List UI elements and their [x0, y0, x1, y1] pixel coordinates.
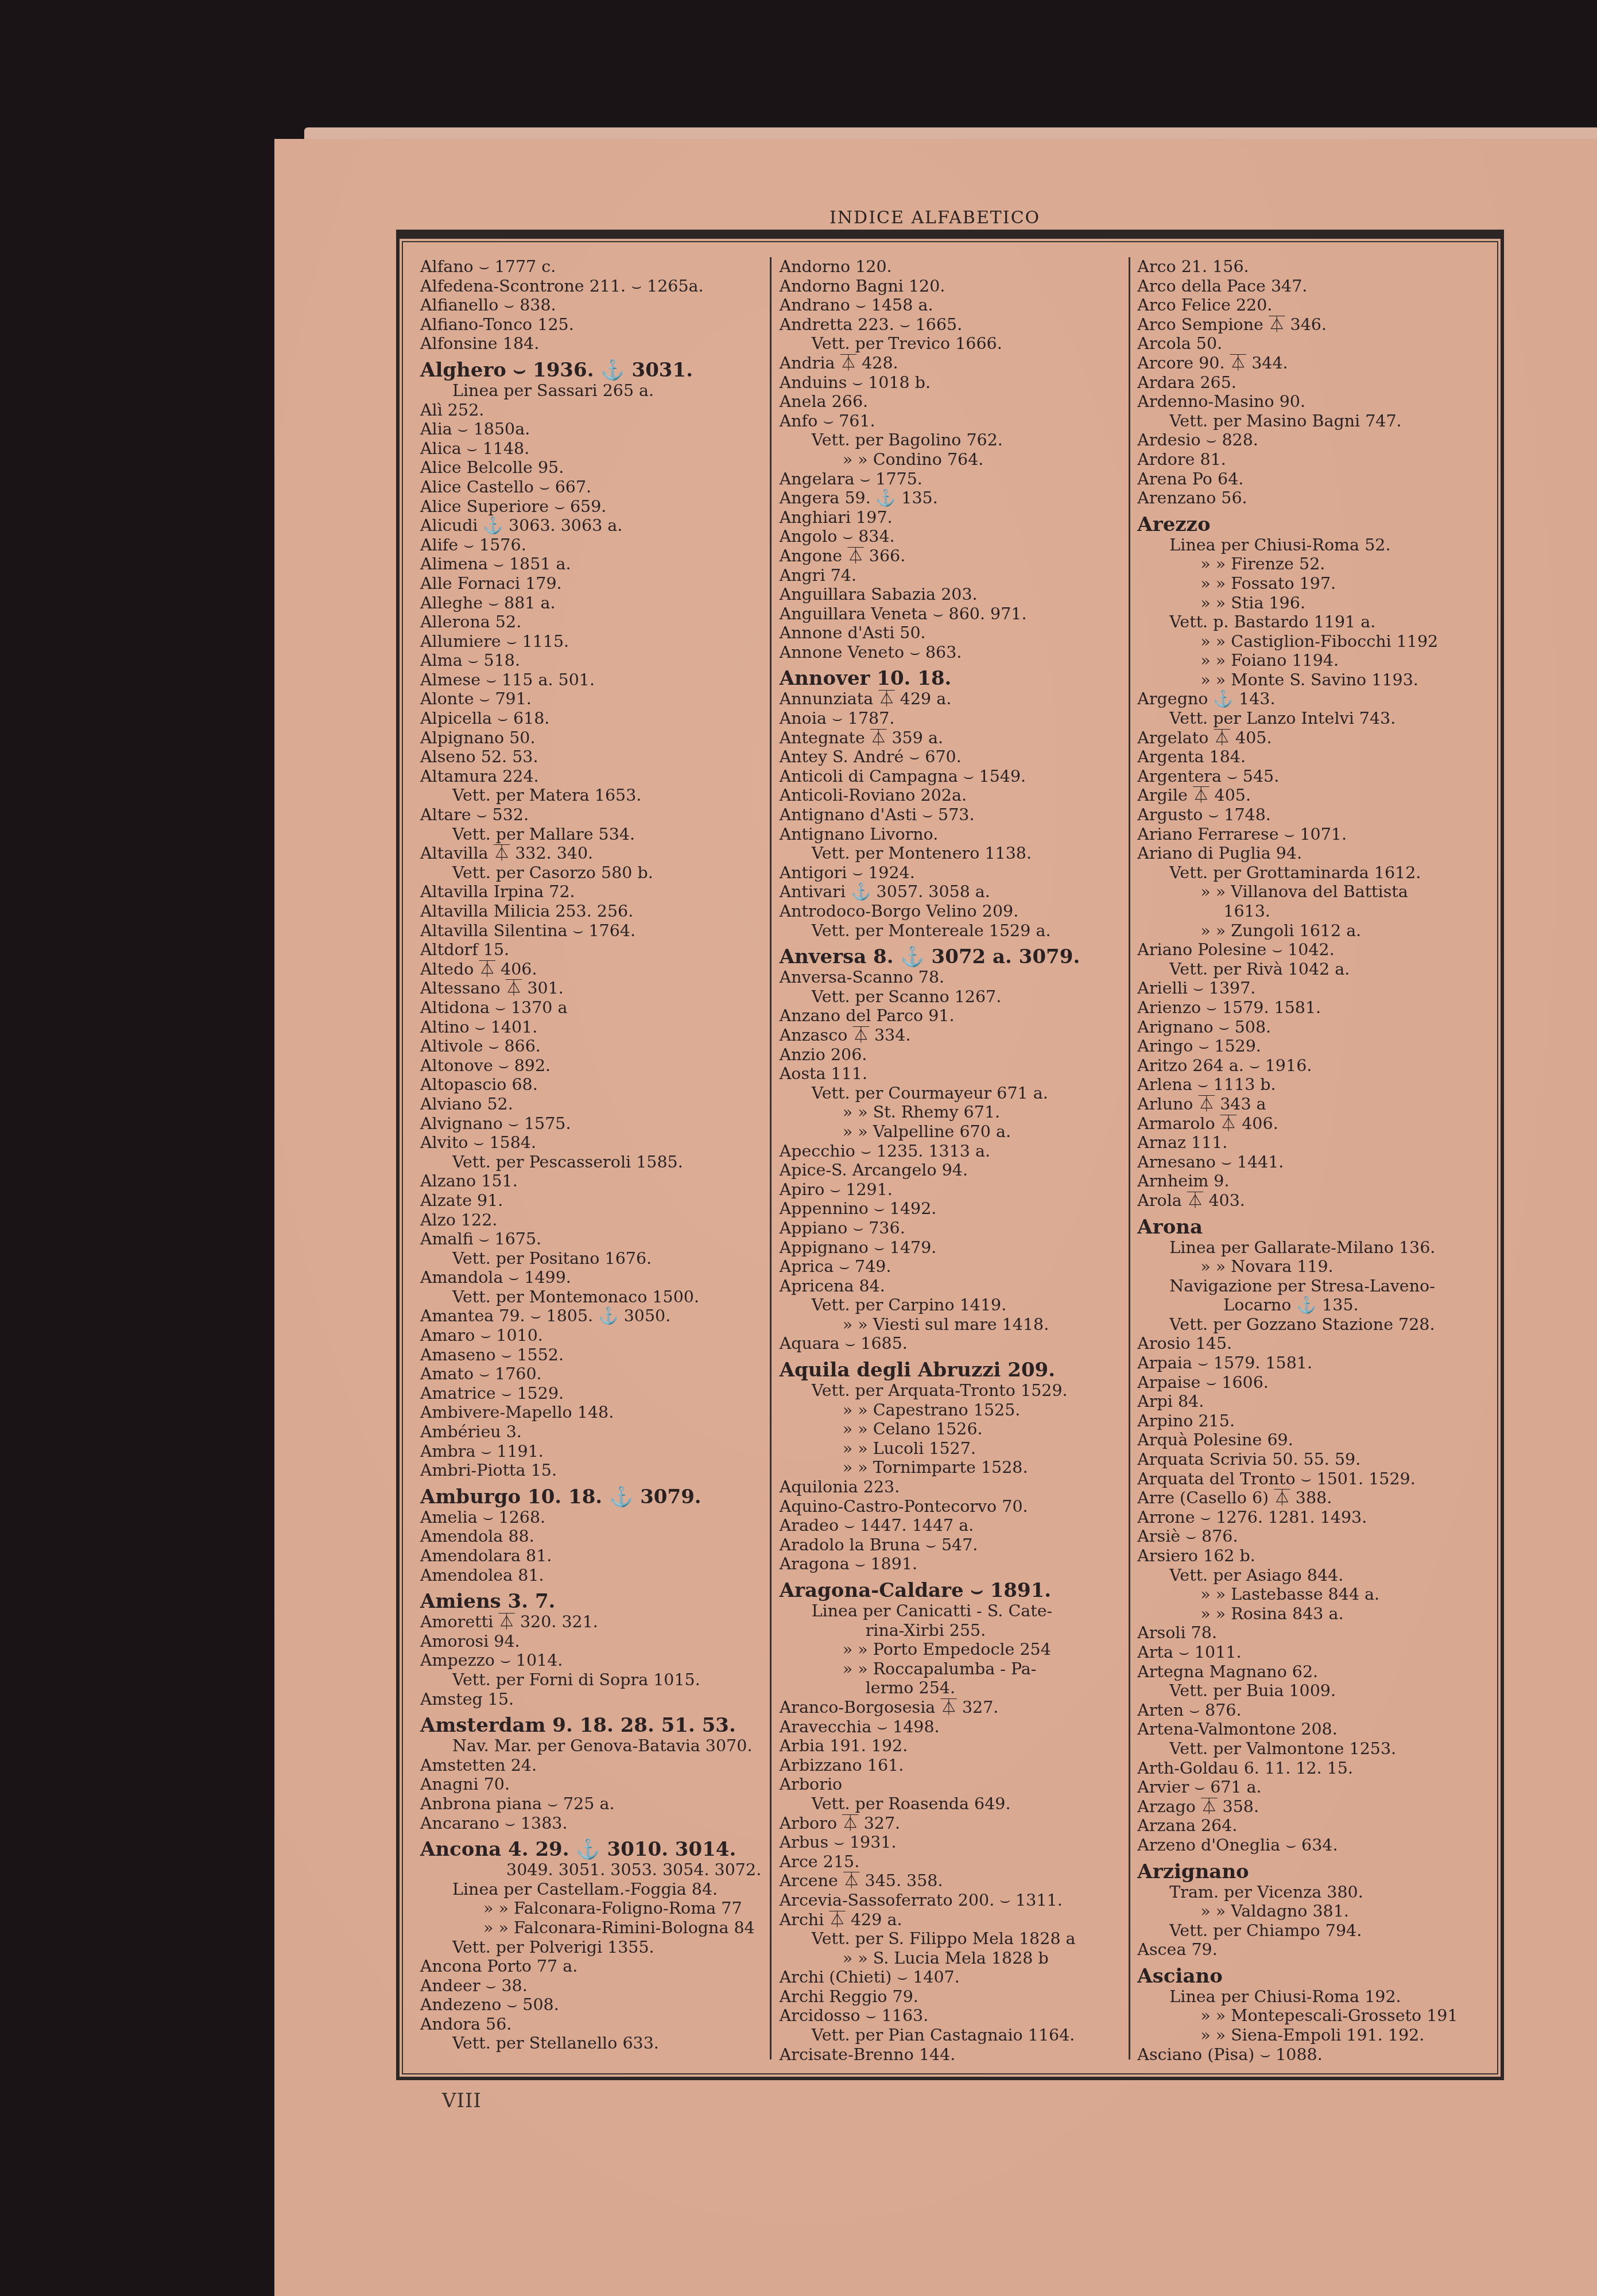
index-entry: Altivole ⌣ 866.	[420, 1037, 763, 1056]
index-entry: Alviano 52.	[420, 1095, 763, 1114]
index-entry: Arlena ⌣ 1113 b.	[1137, 1075, 1480, 1095]
index-entry: Arienzo ⌣ 1579. 1581.	[1137, 998, 1480, 1018]
index-entry: Argenta 184.	[1137, 747, 1480, 767]
index-entry: Arnaz 111.	[1137, 1133, 1480, 1153]
index-entry: Alseno 52. 53.	[420, 747, 763, 767]
index-entry: Alvito ⌣ 1584.	[420, 1133, 763, 1153]
index-entry: Andretta 223. ⌣ 1665.	[780, 315, 1122, 335]
index-entry: Asciano (Pisa) ⌣ 1088.	[1137, 2045, 1480, 2065]
index-entry: Altopascio 68.	[420, 1075, 763, 1095]
index-entry: Altedo ⏄ 406.	[420, 960, 763, 979]
index-entry: Angri 74.	[780, 566, 1122, 585]
index-entry: Arpaise ⌣ 1606.	[1137, 1373, 1480, 1393]
index-entry: » » Porto Empedocle 254	[780, 1640, 1122, 1659]
index-entry: Alice Castello ⌣ 667.	[420, 478, 763, 497]
index-entry: Ariano Polesine ⌣ 1042.	[1137, 940, 1480, 960]
index-entry: 3049. 3051. 3053. 3054. 3072.	[420, 1860, 763, 1880]
index-entry: Alpicella ⌣ 618.	[420, 709, 763, 728]
index-entry: Anguillara Veneta ⌣ 860. 971.	[780, 604, 1122, 624]
index-entry: Ambérieu 3.	[420, 1422, 763, 1442]
index-heading: Amburgo 10. 18. ⚓ 3079.	[420, 1486, 763, 1508]
index-entry: Ascea 79.	[1137, 1940, 1480, 1960]
index-entry: Amendola 88.	[420, 1527, 763, 1546]
index-entry: Arbus ⌣ 1931.	[780, 1833, 1122, 1852]
index-entry: Arsiero 162 b.	[1137, 1546, 1480, 1566]
frame-top-rule	[396, 230, 1504, 235]
index-entry: Aravecchia ⌣ 1498.	[780, 1717, 1122, 1737]
index-entry: Anela 266.	[780, 392, 1122, 412]
index-entry: » » Firenze 52.	[1137, 554, 1480, 574]
index-entry: Amendolara 81.	[420, 1546, 763, 1566]
index-entry: Aquara ⌣ 1685.	[780, 1334, 1122, 1353]
index-entry: Arco della Pace 347.	[1137, 277, 1480, 296]
index-heading: Amiens 3. 7.	[420, 1591, 763, 1612]
index-entry: Vett. per Matera 1653.	[420, 786, 763, 805]
index-entry: Alle Fornaci 179.	[420, 574, 763, 594]
index-entry: Amelia ⌣ 1268.	[420, 1508, 763, 1527]
index-entry: » » Tornimparte 1528.	[780, 1458, 1122, 1477]
index-entry: Vett. per Masino Bagni 747.	[1137, 412, 1480, 431]
index-entry: Argentera ⌣ 545.	[1137, 767, 1480, 786]
index-entry: Antignano d'Asti ⌣ 573.	[780, 805, 1122, 825]
index-entry: Anoia ⌣ 1787.	[780, 709, 1122, 728]
index-entry: Ampezzo ⌣ 1014.	[420, 1651, 763, 1670]
index-entry: Vett. per Stellanello 633.	[420, 2034, 763, 2053]
index-entry: Amalfi ⌣ 1675.	[420, 1230, 763, 1249]
index-entry: Altonove ⌣ 892.	[420, 1056, 763, 1076]
index-entry: Ambri-Piotta 15.	[420, 1461, 763, 1480]
index-entry: » » Viesti sul mare 1418.	[780, 1315, 1122, 1335]
index-entry: Apiro ⌣ 1291.	[780, 1180, 1122, 1200]
index-entry: Arena Po 64.	[1137, 470, 1480, 489]
index-entry: Vett. per Courmayeur 671 a.	[780, 1084, 1122, 1103]
index-entry: Linea per Chiusi-Roma 192.	[1137, 1987, 1480, 2007]
index-entry: Aprica ⌣ 749.	[780, 1257, 1122, 1277]
index-heading: Asciano	[1137, 1965, 1480, 1987]
index-entry: Argile ⏄ 405.	[1137, 786, 1480, 805]
index-entry: » » Novara 119.	[1137, 1257, 1480, 1277]
index-entry: Altavilla ⏄ 332. 340.	[420, 844, 763, 863]
index-entry: Arquà Polesine 69.	[1137, 1430, 1480, 1450]
index-entry: Anticoli-Roviano 202a.	[780, 786, 1122, 805]
index-entry: Alife ⌣ 1576.	[420, 536, 763, 555]
index-entry: Vett. per Positano 1676.	[420, 1249, 763, 1269]
index-entry: Annunziata ⏄ 429 a.	[780, 689, 1122, 709]
index-entry: Arquata del Tronto ⌣ 1501. 1529.	[1137, 1469, 1480, 1489]
index-entry: Aragona ⌣ 1891.	[780, 1554, 1122, 1574]
index-entry: Aquilonia 223.	[780, 1477, 1122, 1497]
index-entry: Andeer ⌣ 38.	[420, 1976, 763, 1996]
index-entry: Vett. per Montemonaco 1500.	[420, 1287, 763, 1307]
index-entry: Antegnate ⏄ 359 a.	[780, 728, 1122, 748]
index-entry: Vett. per Carpino 1419.	[780, 1296, 1122, 1315]
index-entry: Vett. per Pian Castagnaio 1164.	[780, 2026, 1122, 2045]
index-entry: Ardesio ⌣ 828.	[1137, 430, 1480, 450]
index-heading: Ancona 4. 29. ⚓ 3010. 3014.	[420, 1839, 763, 1860]
index-entry: Alzano 151.	[420, 1172, 763, 1191]
index-entry: Ardore 81.	[1137, 450, 1480, 470]
index-entry: Arten ⌣ 876.	[1137, 1701, 1480, 1720]
index-entry: Arosio 145.	[1137, 1334, 1480, 1353]
index-entry: Altare ⌣ 532.	[420, 805, 763, 825]
index-entry: Andria ⏄ 428.	[780, 354, 1122, 373]
index-entry: Anzano del Parco 91.	[780, 1006, 1122, 1026]
index-entry: Arco 21. 156.	[1137, 257, 1480, 277]
index-entry: » » Villanova del Battista	[1137, 882, 1480, 902]
index-entry: Vett. per Scanno 1267.	[780, 987, 1122, 1007]
index-entry: Linea per Sassari 265 a.	[420, 381, 763, 401]
index-entry: Vett. per Bagolino 762.	[780, 430, 1122, 450]
index-entry: Alice Superiore ⌣ 659.	[420, 497, 763, 517]
index-entry: Arbia 191. 192.	[780, 1736, 1122, 1756]
index-entry: Argusto ⌣ 1748.	[1137, 805, 1480, 825]
index-entry: Aranco-Borgosesia ⏄ 327.	[780, 1698, 1122, 1717]
index-heading: Anversa 8. ⚓ 3072 a. 3079.	[780, 946, 1122, 968]
index-entry: Altessano ⏄ 301.	[420, 979, 763, 998]
index-entry: Ariano Ferrarese ⌣ 1071.	[1137, 825, 1480, 844]
index-entry: » » Falconara-Rimini-Bologna 84	[420, 1918, 763, 1938]
index-entry: Aradolo la Bruna ⌣ 547.	[780, 1535, 1122, 1555]
index-entry: Arce 215.	[780, 1852, 1122, 1872]
index-entry: Angera 59. ⚓ 135.	[780, 488, 1122, 508]
index-entry: rina-Xirbi 255.	[780, 1621, 1122, 1640]
index-entry: Anghiari 197.	[780, 508, 1122, 528]
index-entry: Argegno ⚓ 143.	[1137, 689, 1480, 709]
index-entry: » » Lastebasse 844 a.	[1137, 1585, 1480, 1604]
index-entry: Vett. per Chiampo 794.	[1137, 1921, 1480, 1941]
index-entry: Amandola ⌣ 1499.	[420, 1268, 763, 1287]
index-entry: Antigori ⌣ 1924.	[780, 863, 1122, 883]
index-entry: Aradeo ⌣ 1447. 1447 a.	[780, 1516, 1122, 1535]
index-entry: Andezeno ⌣ 508.	[420, 1995, 763, 2015]
index-entry: Anfo ⌣ 761.	[780, 412, 1122, 431]
index-entry: Anzio 206.	[780, 1045, 1122, 1065]
index-entry: Alfedena-Scontrone 211. ⌣ 1265a.	[420, 277, 763, 296]
index-entry: Alicudi ⚓ 3063. 3063 a.	[420, 516, 763, 536]
index-entry: Linea per Chiusi-Roma 52.	[1137, 536, 1480, 555]
index-entry: » » Celano 1526.	[780, 1420, 1122, 1439]
index-columns: Alfano ⌣ 1777 c.Alfedena-Scontrone 211. …	[413, 257, 1487, 2060]
index-entry: Anversa-Scanno 78.	[780, 968, 1122, 987]
index-entry: Ariano di Puglia 94.	[1137, 844, 1480, 863]
index-entry: Ancarano ⌣ 1383.	[420, 1814, 763, 1833]
index-entry: Arcore 90. ⏄ 344.	[1137, 354, 1480, 373]
index-entry: Locarno ⚓ 135.	[1137, 1296, 1480, 1315]
index-entry: Vett. per Roasenda 649.	[780, 1794, 1122, 1814]
index-entry: Altavilla Milicia 253. 256.	[420, 902, 763, 921]
index-entry: Archi (Chieti) ⌣ 1407.	[780, 1968, 1122, 1987]
index-column-3: Arco 21. 156.Arco della Pace 347.Arco Fe…	[1129, 257, 1487, 2060]
index-heading: Arezzo	[1137, 514, 1480, 536]
index-heading: Alghero ⌣ 1936. ⚓ 3031.	[420, 359, 763, 381]
index-entry: Altidona ⌣ 1370 a	[420, 998, 763, 1018]
index-entry: Armarolo ⏄ 406.	[1137, 1114, 1480, 1134]
index-entry: Almese ⌣ 115 a. 501.	[420, 670, 763, 690]
index-entry: » » Capestrano 1525.	[780, 1401, 1122, 1420]
index-entry: Linea per Castellam.-Foggia 84.	[420, 1880, 763, 1899]
index-entry: Linea per Gallarate-Milano 136.	[1137, 1238, 1480, 1258]
index-entry: » » Valdagno 381.	[1137, 1902, 1480, 1921]
index-entry: » » Roccapalumba - Pa-	[780, 1659, 1122, 1679]
index-entry: Amstetten 24.	[420, 1756, 763, 1775]
index-entry: Vett. per Polverigi 1355.	[420, 1938, 763, 1957]
index-entry: Ambra ⌣ 1191.	[420, 1442, 763, 1461]
index-entry: Antivari ⚓ 3057. 3058 a.	[780, 882, 1122, 902]
index-entry: » » Rosina 843 a.	[1137, 1604, 1480, 1624]
index-column-2: Andorno 120.Andorno Bagni 120.Andrano ⌣ …	[770, 257, 1129, 2060]
index-heading: Arzignano	[1137, 1861, 1480, 1883]
page-number: VIII	[442, 2089, 482, 2112]
index-column-1: Alfano ⌣ 1777 c.Alfedena-Scontrone 211. …	[413, 257, 770, 2060]
index-entry: » » Monte S. Savino 1193.	[1137, 670, 1480, 690]
index-entry: Altavilla Irpina 72.	[420, 882, 763, 902]
index-entry: Allerona 52.	[420, 612, 763, 632]
index-entry: » » St. Rhemy 671.	[780, 1103, 1122, 1122]
index-entry: Arth-Goldau 6. 11. 12. 15.	[1137, 1759, 1480, 1778]
index-entry: lermo 254.	[780, 1678, 1122, 1698]
index-entry: Altdorf 15.	[420, 940, 763, 960]
index-entry: Vett. per Arquata-Tronto 1529.	[780, 1381, 1122, 1401]
index-entry: Ardenno-Masino 90.	[1137, 392, 1480, 412]
index-entry: » » Valpelline 670 a.	[780, 1122, 1122, 1142]
index-heading: Arona	[1137, 1216, 1480, 1238]
index-entry: Vett. per Pescasseroli 1585.	[420, 1153, 763, 1172]
index-entry: Alì 252.	[420, 401, 763, 420]
index-entry: Arco Sempione ⏄ 346.	[1137, 315, 1480, 335]
index-entry: » » Zungoli 1612 a.	[1137, 921, 1480, 941]
index-entry: Alvignano ⌣ 1575.	[420, 1114, 763, 1134]
index-entry: Arcisate-Brenno 144.	[780, 2045, 1122, 2065]
index-entry: Arzana 264.	[1137, 1816, 1480, 1836]
index-entry: Aquino-Castro-Pontecorvo 70.	[780, 1497, 1122, 1517]
index-entry: Vett. per Montenero 1138.	[780, 844, 1122, 863]
index-entry: Linea per Canicatti - S. Cate-	[780, 1601, 1122, 1621]
index-entry: Arcola 50.	[1137, 334, 1480, 354]
index-entry: Arenzano 56.	[1137, 488, 1480, 508]
index-entry: Arborio	[780, 1775, 1122, 1794]
index-entry: Arquata Scrivia 50. 55. 59.	[1137, 1450, 1480, 1469]
index-entry: Artena-Valmontone 208.	[1137, 1720, 1480, 1739]
index-entry: Anbrona piana ⌣ 725 a.	[420, 1794, 763, 1814]
index-entry: Angolo ⌣ 834.	[780, 527, 1122, 546]
index-entry: Navigazione per Stresa-Laveno-	[1137, 1277, 1480, 1296]
index-entry: Arzeno d'Oneglia ⌣ 634.	[1137, 1836, 1480, 1855]
index-entry: » » S. Lucia Mela 1828 b	[780, 1949, 1122, 1968]
index-entry: Apricena 84.	[780, 1277, 1122, 1296]
index-entry: Arola ⏄ 403.	[1137, 1191, 1480, 1211]
index-entry: Alfianello ⌣ 838.	[420, 296, 763, 315]
index-entry: Vett. per Montereale 1529 a.	[780, 921, 1122, 941]
index-entry: Apice-S. Arcangelo 94.	[780, 1161, 1122, 1180]
index-entry: Vett. per Lanzo Intelvi 743.	[1137, 709, 1480, 728]
index-entry: Arnheim 9.	[1137, 1172, 1480, 1191]
index-entry: Arta ⌣ 1011.	[1137, 1643, 1480, 1662]
index-entry: Ambivere-Mapello 148.	[420, 1403, 763, 1422]
index-entry: Vett. per Casorzo 580 b.	[420, 863, 763, 883]
index-entry: Arre (Casello 6) ⏄ 388.	[1137, 1488, 1480, 1508]
index-entry: Argelato ⏄ 405.	[1137, 728, 1480, 748]
index-entry: Vett. per S. Filippo Mela 1828 a	[780, 1929, 1122, 1949]
index-entry: Ardara 265.	[1137, 373, 1480, 393]
index-entry: Antrodoco-Borgo Velino 209.	[780, 902, 1122, 921]
index-entry: Alia ⌣ 1850a.	[420, 420, 763, 439]
index-entry: Amaro ⌣ 1010.	[420, 1326, 763, 1345]
index-entry: Alma ⌣ 518.	[420, 651, 763, 670]
index-entry: Vett. per Gozzano Stazione 728.	[1137, 1315, 1480, 1335]
index-entry: Allumiere ⌣ 1115.	[420, 632, 763, 651]
index-entry: Anduins ⌣ 1018 b.	[780, 373, 1122, 393]
index-entry: Vett. per Asiago 844.	[1137, 1566, 1480, 1585]
index-entry: Vett. p. Bastardo 1191 a.	[1137, 612, 1480, 632]
index-entry: Artegna Magnano 62.	[1137, 1662, 1480, 1682]
index-entry: Annone d'Asti 50.	[780, 623, 1122, 643]
index-entry: Arnesano ⌣ 1441.	[1137, 1153, 1480, 1172]
index-heading: Aragona-Caldare ⌣ 1891.	[780, 1580, 1122, 1601]
index-entry: Andora 56.	[420, 2015, 763, 2034]
index-entry: Arignano ⌣ 508.	[1137, 1018, 1480, 1037]
index-entry: Alleghe ⌣ 881 a.	[420, 594, 763, 613]
index-entry: Arpino 215.	[1137, 1411, 1480, 1431]
index-entry: Arvier ⌣ 671 a.	[1137, 1778, 1480, 1797]
index-entry: Amoretti ⏄ 320. 321.	[420, 1612, 763, 1632]
index-entry: » » Castiglion-Fibocchi 1192	[1137, 632, 1480, 651]
index-entry: 1613.	[1137, 902, 1480, 921]
index-entry: Andorno Bagni 120.	[780, 277, 1122, 296]
index-entry: Angone ⏄ 366.	[780, 546, 1122, 566]
index-entry: Arcidosso ⌣ 1163.	[780, 2006, 1122, 2026]
index-entry: Alfiano-Tonco 125.	[420, 315, 763, 335]
index-entry: Vett. per Buia 1009.	[1137, 1681, 1480, 1701]
index-entry: Arrone ⌣ 1276. 1281. 1493.	[1137, 1508, 1480, 1527]
index-entry: Annone Veneto ⌣ 863.	[780, 643, 1122, 662]
index-entry: Tram. per Vicenza 380.	[1137, 1883, 1480, 1902]
index-entry: Amsteg 15.	[420, 1690, 763, 1709]
index-entry: Alonte ⌣ 791.	[420, 689, 763, 709]
index-entry: Alpignano 50.	[420, 728, 763, 748]
index-entry: Amorosi 94.	[420, 1632, 763, 1651]
index-entry: Archi Reggio 79.	[780, 1987, 1122, 2007]
index-entry: Arpaia ⌣ 1579. 1581.	[1137, 1353, 1480, 1373]
index-entry: Ancona Porto 77 a.	[420, 1957, 763, 1976]
index-entry: Andrano ⌣ 1458 a.	[780, 296, 1122, 315]
index-entry: Alzo 122.	[420, 1211, 763, 1230]
index-entry: » » Lucoli 1527.	[780, 1439, 1122, 1459]
index-entry: Amato ⌣ 1760.	[420, 1364, 763, 1384]
index-entry: Vett. per Rivà 1042 a.	[1137, 960, 1480, 979]
index-entry: Alice Belcolle 95.	[420, 458, 763, 478]
index-entry: Alfonsine 184.	[420, 334, 763, 354]
index-entry: Aritzo 264 a. ⌣ 1916.	[1137, 1056, 1480, 1076]
index-entry: Arielli ⌣ 1397.	[1137, 979, 1480, 998]
index-entry: Anagni 70.	[420, 1775, 763, 1794]
index-entry: Vett. per Forni di Sopra 1015.	[420, 1670, 763, 1690]
index-entry: Arzago ⏄ 358.	[1137, 1797, 1480, 1817]
index-entry: Antignano Livorno.	[780, 825, 1122, 844]
index-entry: Appiano ⌣ 736.	[780, 1219, 1122, 1238]
running-title: INDICE ALFABETICO	[829, 208, 1040, 228]
index-heading: Aquila degli Abruzzi 209.	[780, 1359, 1122, 1381]
index-entry: Alica ⌣ 1148.	[420, 439, 763, 459]
index-entry: Arcevia-Sassoferrato 200. ⌣ 1311.	[780, 1891, 1122, 1910]
index-entry: Vett. per Mallare 534.	[420, 825, 763, 844]
index-entry: Alfano ⌣ 1777 c.	[420, 257, 763, 277]
index-entry: Amaseno ⌣ 1552.	[420, 1345, 763, 1365]
index-entry: » » Siena-Empoli 191. 192.	[1137, 2026, 1480, 2045]
index-entry: Arcene ⏄ 345. 358.	[780, 1871, 1122, 1891]
index-entry: Arboro ⏄ 327.	[780, 1814, 1122, 1833]
index-entry: Antey S. André ⌣ 670.	[780, 747, 1122, 767]
index-entry: Arsiè ⌣ 876.	[1137, 1527, 1480, 1546]
index-entry: Altino ⌣ 1401.	[420, 1018, 763, 1037]
index-entry: Arco Felice 220.	[1137, 296, 1480, 315]
index-entry: Nav. Mar. per Genova-Batavia 3070.	[420, 1736, 763, 1756]
index-entry: » » Falconara-Foligno-Roma 77	[420, 1899, 763, 1918]
index-entry: Aosta 111.	[780, 1064, 1122, 1084]
index-entry: Appennino ⌣ 1492.	[780, 1199, 1122, 1219]
index-entry: Arpi 84.	[1137, 1392, 1480, 1411]
index-entry: Amendolea 81.	[420, 1566, 763, 1585]
index-heading: Amsterdam 9. 18. 28. 51. 53.	[420, 1715, 763, 1736]
index-entry: Aringo ⌣ 1529.	[1137, 1037, 1480, 1056]
index-entry: Angelara ⌣ 1775.	[780, 470, 1122, 489]
index-heading: Annover 10. 18.	[780, 668, 1122, 689]
index-entry: Alzate 91.	[420, 1191, 763, 1211]
index-entry: Arsoli 78.	[1137, 1623, 1480, 1643]
index-entry: Archi ⏄ 429 a.	[780, 1910, 1122, 1930]
index-entry: Alimena ⌣ 1851 a.	[420, 554, 763, 574]
index-entry: Appignano ⌣ 1479.	[780, 1238, 1122, 1258]
index-entry: Anzasco ⏄ 334.	[780, 1026, 1122, 1045]
index-entry: Arluno ⏄ 343 a	[1137, 1095, 1480, 1114]
index-entry: Vett. per Valmontone 1253.	[1137, 1739, 1480, 1759]
index-entry: » » Montepescali-Grosseto 191	[1137, 2006, 1480, 2026]
index-entry: Apecchio ⌣ 1235. 1313 a.	[780, 1142, 1122, 1161]
index-entry: » » Stia 196.	[1137, 594, 1480, 613]
index-entry: Altamura 224.	[420, 767, 763, 786]
index-entry: Vett. per Grottaminarda 1612.	[1137, 863, 1480, 883]
index-entry: Arbizzano 161.	[780, 1756, 1122, 1775]
index-entry: Altavilla Silentina ⌣ 1764.	[420, 921, 763, 941]
index-entry: Anticoli di Campagna ⌣ 1549.	[780, 767, 1122, 786]
index-entry: Andorno 120.	[780, 257, 1122, 277]
index-entry: Anguillara Sabazia 203.	[780, 585, 1122, 604]
index-entry: » » Foiano 1194.	[1137, 651, 1480, 670]
index-entry: » » Fossato 197.	[1137, 574, 1480, 594]
index-entry: Amantea 79. ⌣ 1805. ⚓ 3050.	[420, 1306, 763, 1326]
index-entry: Amatrice ⌣ 1529.	[420, 1384, 763, 1403]
index-entry: » » Condino 764.	[780, 450, 1122, 470]
index-entry: Vett. per Trevico 1666.	[780, 334, 1122, 354]
